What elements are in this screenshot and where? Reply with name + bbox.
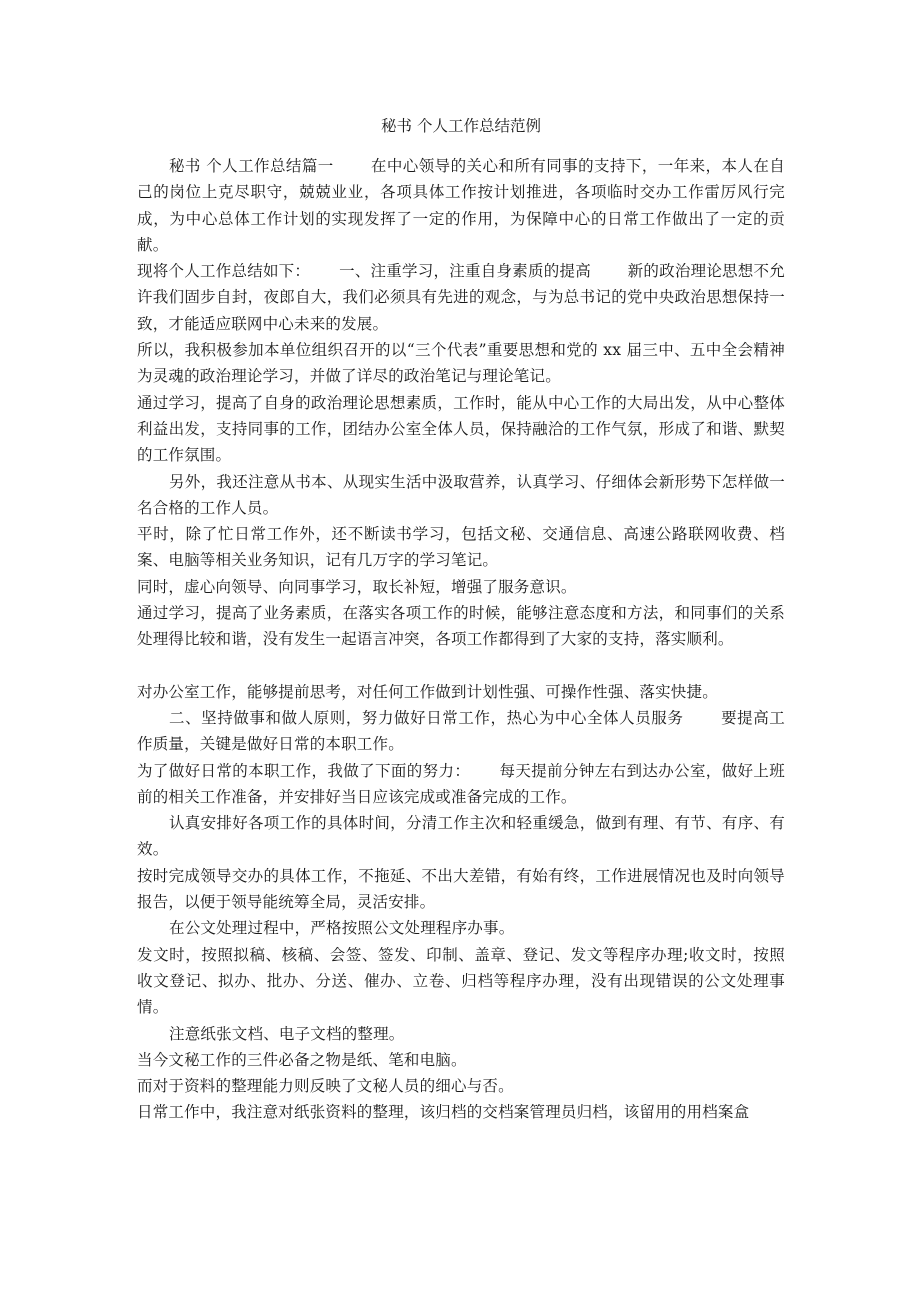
paragraph: 通过学习，提高了自身的政治理论思想素质，工作时，能从中心工作的大局出发，从中心整…	[137, 390, 785, 469]
paragraph: 对办公室工作，能够提前思考，对任何工作做到计划性强、可操作性强、落实快捷。	[137, 679, 785, 705]
paragraph: 注意纸张文档、电子文档的整理。	[137, 1021, 785, 1047]
paragraph: 另外，我还注意从书本、从现实生活中汲取营养，认真学习、仔细体会新形势下怎样做一名…	[137, 469, 785, 522]
paragraph: 发文时，按照拟稿、核稿、会签、签发、印制、盖章、登记、发文等程序办理;收文时，按…	[137, 942, 785, 1021]
paragraph: 认真安排好各项工作的具体时间，分清工作主次和轻重缓急，做到有理、有节、有序、有效…	[137, 810, 785, 863]
document-title: 秘书 个人工作总结范例	[137, 116, 785, 136]
paragraph: 所以，我积极参加本单位组织召开的以“三个代表”重要思想和党的 xx 届三中、五中…	[137, 337, 785, 390]
paragraph: 为了做好日常的本职工作，我做了下面的努力： 每天提前分钟左右到达办公室，做好上班…	[137, 758, 785, 811]
paragraph: 按时完成领导交办的具体工作，不拖延、不出大差错，有始有终，工作进展情况也及时向领…	[137, 863, 785, 916]
paragraph: 当今文秘工作的三件必备之物是纸、笔和电脑。	[137, 1047, 785, 1073]
paragraph: 日常工作中，我注意对纸张资料的整理，该归档的交档案管理员归档，该留用的用档案盒	[137, 1099, 785, 1125]
paragraph: 二、坚持做事和做人原则，努力做好日常工作，热心为中心全体人员服务 要提高工作质量…	[137, 705, 785, 758]
paragraph: 在公文处理过程中，严格按照公文处理程序办事。	[137, 915, 785, 941]
paragraph: 秘书 个人工作总结篇一 在中心领导的关心和所有同事的支持下，一年来，本人在自己的…	[137, 153, 785, 258]
document-body: 秘书 个人工作总结篇一 在中心领导的关心和所有同事的支持下，一年来，本人在自己的…	[137, 153, 785, 1126]
paragraph: 同时，虚心向领导、向同事学习，取长补短，增强了服务意识。	[137, 574, 785, 600]
paragraph: 通过学习，提高了业务素质，在落实各项工作的时候，能够注意态度和方法，和同事们的关…	[137, 600, 785, 653]
paragraph: 现将个人工作总结如下： 一、注重学习，注重自身素质的提高 新的政治理论思想不允许…	[137, 258, 785, 337]
paragraph: 平时，除了忙日常工作外，还不断读书学习，包括文秘、交通信息、高速公路联网收费、档…	[137, 521, 785, 574]
paragraph: 而对于资料的整理能力则反映了文秘人员的细心与否。	[137, 1073, 785, 1099]
blank-line	[137, 653, 785, 679]
